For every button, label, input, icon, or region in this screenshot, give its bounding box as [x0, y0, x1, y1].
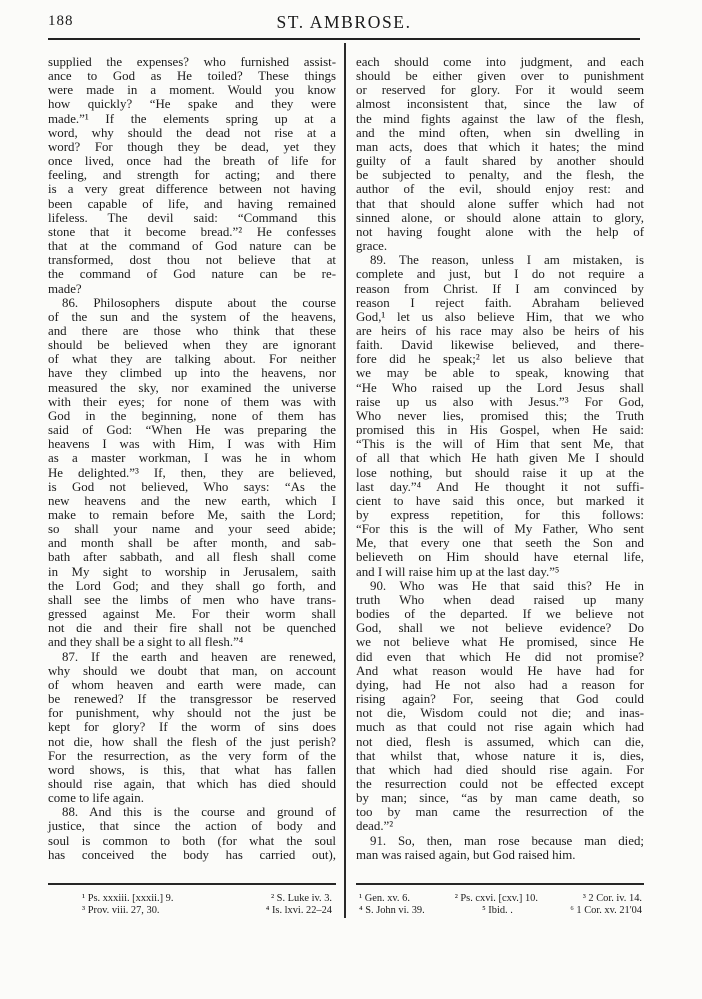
- text-line: much as that could not rise again which …: [356, 720, 644, 734]
- text-line: did even that which He did not promise?: [356, 650, 644, 664]
- text-line: And what reason would He have had for: [356, 664, 644, 678]
- text-line: Who never lies, promised this; the Truth: [356, 409, 644, 423]
- text-line: believeth on Him should have eternal lif…: [356, 550, 644, 564]
- text-line: 90. Who was He that said this? He in: [356, 579, 644, 593]
- text-line: ance to God as He toiled? These things: [48, 69, 336, 83]
- text-line: the command of God nature can be re-: [48, 267, 336, 281]
- text-line: rising again? For, seeing that God could: [356, 692, 644, 706]
- text-line: how quickly? “He spake and they were: [48, 97, 336, 111]
- text-line: be subjected to penalty, and the flesh, …: [356, 168, 644, 182]
- text-line: for punishment, why should not the just …: [48, 706, 336, 720]
- page-header: 188 ST. AMBROSE.: [48, 8, 640, 34]
- right-column-body: each should come into judgment, and each…: [356, 55, 644, 862]
- text-line: make to remain before Me, saith the Lord…: [48, 508, 336, 522]
- text-line: that that should alone suffer which had …: [356, 197, 644, 211]
- text-line: the Lord God; and they shall go forth, a…: [48, 579, 336, 593]
- text-line: He delighted.”³ If, then, they are belie…: [48, 466, 336, 480]
- text-line: dying, had He not also had a reason for: [356, 678, 644, 692]
- text-line: have they climbed up into the heavens, n…: [48, 366, 336, 380]
- text-line: word? For though they be dead, yet they: [48, 140, 336, 154]
- text-line: not die and their fire shall not be quen…: [48, 621, 336, 635]
- text-line: we may be able to speak, knowing that: [356, 366, 644, 380]
- text-line: new heavens and the new earth, which I: [48, 494, 336, 508]
- text-line: For the resurrection, as the very form o…: [48, 749, 336, 763]
- text-line: measured the sky, nor examined the unive…: [48, 381, 336, 395]
- left-column-body: supplied the expenses? who furnished ass…: [48, 55, 336, 862]
- footnote-row: ¹ Gen. xv. 6.² Ps. cxvi. [cxv.] 10.³ 2 C…: [356, 893, 644, 905]
- text-line: almost inconsistent that, since the law …: [356, 97, 644, 111]
- footnote: ⁵ Ibid. .: [482, 905, 513, 917]
- text-line: 91. So, then, man rose because man died;: [356, 834, 644, 848]
- text-line: that which had died should rise again. F…: [356, 763, 644, 777]
- text-line: gressed against Me. For their worm shall: [48, 607, 336, 621]
- text-line: bath after sabbath, and all flesh shall …: [48, 550, 336, 564]
- text-line: “This is the will of Him that sent Me, t…: [356, 437, 644, 451]
- text-line: dead.”²: [356, 819, 644, 833]
- text-line: heavens I was with Him, I was with Him: [48, 437, 336, 451]
- text-line: is God not believed, Who says: “As the: [48, 480, 336, 494]
- footnote: ¹ Ps. xxxiii. [xxxii.] 9.: [82, 893, 173, 905]
- text-line: stone that it become bread.”² He confess…: [48, 225, 336, 239]
- right-footnote-block: ¹ Gen. xv. 6.² Ps. cxvi. [cxv.] 10.³ 2 C…: [356, 883, 644, 918]
- text-line: that at the command of God nature can be: [48, 239, 336, 253]
- text-line: be renewed? If the transgressor be reser…: [48, 692, 336, 706]
- right-column: each should come into judgment, and each…: [356, 55, 644, 862]
- text-line: by man; since, “as by man came death, so: [356, 791, 644, 805]
- text-line: 87. If the earth and heaven are renewed,: [48, 650, 336, 664]
- text-line: grace.: [356, 239, 644, 253]
- text-line: 88. And this is the course and ground of: [48, 805, 336, 819]
- text-line: or reserved for glory. For it would seem: [356, 83, 644, 97]
- footnote: ² S. Luke iv. 3.: [271, 893, 332, 905]
- text-line: of the sun and the system of the heavens…: [48, 310, 336, 324]
- text-line: sinned alone, or should alone attain to …: [356, 211, 644, 225]
- text-line: the resurrection could not be effected e…: [356, 777, 644, 791]
- text-line: once lived, once had the breath of life …: [48, 154, 336, 168]
- text-line: cient to have said this once, but marked…: [356, 494, 644, 508]
- text-line: bodies of the departed. If we believe no…: [356, 607, 644, 621]
- text-line: and month shall be after month, and sab-: [48, 536, 336, 550]
- text-line: come to life again.: [48, 791, 336, 805]
- text-line: author of the evil, should enjoy rest: a…: [356, 182, 644, 196]
- text-line: are heirs of his race may also be heirs …: [356, 324, 644, 338]
- text-line: should be believed when they are ignoran…: [48, 338, 336, 352]
- text-line: justice, that since the action of body a…: [48, 819, 336, 833]
- text-line: so shall your name and your seed abide;: [48, 522, 336, 536]
- left-column-footnotes: ¹ Ps. xxxiii. [xxxii.] 9.² S. Luke iv. 3…: [48, 893, 336, 918]
- text-line: and there are those who think that these: [48, 324, 336, 338]
- text-line: transformed, dost thou not believe that …: [48, 253, 336, 267]
- left-footnote-block: ¹ Ps. xxxiii. [xxxii.] 9.² S. Luke iv. 3…: [48, 883, 336, 918]
- text-line: God in the beginning, none of them has: [48, 409, 336, 423]
- column-divider-rule: [344, 43, 346, 918]
- text-line: God,¹ let us also believe Him, that we w…: [356, 310, 644, 324]
- header-rule: [48, 38, 640, 40]
- text-line: “He Who raised up the Lord Jesus shall: [356, 381, 644, 395]
- text-line: by express repetition, for this follows:: [356, 508, 644, 522]
- text-line: of whom heaven and earth were made, can: [48, 678, 336, 692]
- text-line: said of God: “When He was preparing the: [48, 423, 336, 437]
- text-line: in My sight to worship in Jerusalem, sai…: [48, 565, 336, 579]
- text-line: “For this is the will of My Father, Who …: [356, 522, 644, 536]
- text-line: lifeless. The devil said: “Command this: [48, 211, 336, 225]
- text-line: promised this in His Gospel, when He sai…: [356, 423, 644, 437]
- text-line: shall see the limbs of men who have tran…: [48, 593, 336, 607]
- footnote: ¹ Gen. xv. 6.: [359, 893, 410, 905]
- footnote: ⁶ 1 Cor. xv. 21'04: [570, 905, 642, 917]
- footnote: ³ 2 Cor. iv. 14.: [583, 893, 642, 905]
- text-line: last day.”⁴ And He thought it not suffi-: [356, 480, 644, 494]
- text-line: man was raised again, but God raised him…: [356, 848, 644, 862]
- footnote-row: ¹ Ps. xxxiii. [xxxii.] 9.² S. Luke iv. 3…: [48, 893, 336, 905]
- footnote-row: ³ Prov. viii. 27, 30.⁴ Is. lxvi. 22–24: [48, 905, 336, 917]
- text-line: raise up us also with Jesus.”³ For God,: [356, 395, 644, 409]
- left-column: supplied the expenses? who furnished ass…: [48, 55, 336, 862]
- text-line: word, why should the dead not rise at a: [48, 126, 336, 140]
- text-line: feeling, and strength for acting; and th…: [48, 168, 336, 182]
- text-line: should rise again, that which has died s…: [48, 777, 336, 791]
- text-line: we not believe what He promised, since H…: [356, 635, 644, 649]
- text-line: been capable of life, and having remaine…: [48, 197, 336, 211]
- text-line: man acts, does that which it hates; the …: [356, 140, 644, 154]
- footnote: ⁴ Is. lxvi. 22–24: [266, 905, 332, 917]
- text-line: made?: [48, 282, 336, 296]
- text-line: not die, how shall the flesh of the just…: [48, 735, 336, 749]
- text-line: each should come into judgment, and each: [356, 55, 644, 69]
- text-line: and the mind often, when sin dwelling in: [356, 126, 644, 140]
- text-line: is a very great difference between not h…: [48, 182, 336, 196]
- text-line: has conceived the body has carried out),: [48, 848, 336, 862]
- text-line: faith. David likewise believed, and ther…: [356, 338, 644, 352]
- text-line: were made in a moment. Would you know: [48, 83, 336, 97]
- text-line: of what they are talking about. For neit…: [48, 352, 336, 366]
- page-number: 188: [48, 13, 74, 30]
- footnote: ³ Prov. viii. 27, 30.: [82, 905, 160, 917]
- text-line: that whilst that, whose nature it is, di…: [356, 749, 644, 763]
- footnote-row: ⁴ S. John vi. 39.⁵ Ibid. .⁶ 1 Cor. xv. 2…: [356, 905, 644, 917]
- text-line: not having fought alone with the help of: [356, 225, 644, 239]
- text-line: the mind fights against the law of the f…: [356, 112, 644, 126]
- text-line: with their eyes; for none of them was wi…: [48, 395, 336, 409]
- text-line: guilty of a fault shared by another shou…: [356, 154, 644, 168]
- text-line: reason from Christ. If I am convinced by: [356, 282, 644, 296]
- text-line: reason I reject faith. Abraham believed: [356, 296, 644, 310]
- text-line: complete and just, but I do not require …: [356, 267, 644, 281]
- text-line: why should we doubt that man, on account: [48, 664, 336, 678]
- text-line: not died, flesh is assumed, which can di…: [356, 735, 644, 749]
- running-title: ST. AMBROSE.: [48, 8, 640, 33]
- text-line: too by man came the resurrection of the: [356, 805, 644, 819]
- right-column-footnotes: ¹ Gen. xv. 6.² Ps. cxvi. [cxv.] 10.³ 2 C…: [356, 893, 644, 918]
- text-line: truth Who when dead raised up many: [356, 593, 644, 607]
- text-line: supplied the expenses? who furnished ass…: [48, 55, 336, 69]
- text-line: soul is common to both (for what the sou…: [48, 834, 336, 848]
- footnote: ² Ps. cxvi. [cxv.] 10.: [455, 893, 538, 905]
- text-line: fore did he speak;² let us also believe …: [356, 352, 644, 366]
- text-line: word shows, is this, that what has falle…: [48, 763, 336, 777]
- text-line: and I will raise him up at the last day.…: [356, 565, 644, 579]
- text-line: as a master workman, I was he in whom: [48, 451, 336, 465]
- book-page: 188 ST. AMBROSE. supplied the expenses? …: [0, 0, 702, 999]
- text-line: 86. Philosophers dispute about the cours…: [48, 296, 336, 310]
- text-line: made.”¹ If the elements spring up at a: [48, 112, 336, 126]
- text-line: kept for glory? If the worm of sins does: [48, 720, 336, 734]
- text-line: God, shall we not believe evidence? Do: [356, 621, 644, 635]
- text-line: and they shall be a sight to all flesh.”…: [48, 635, 336, 649]
- text-line: of all that which He hath given Me I sho…: [356, 451, 644, 465]
- footnote: ⁴ S. John vi. 39.: [359, 905, 425, 917]
- text-line: lose nothing, but should raise it up at …: [356, 466, 644, 480]
- text-line: Me, that every one that seeth the Son an…: [356, 536, 644, 550]
- text-line: 89. The reason, unless I am mistaken, is: [356, 253, 644, 267]
- text-line: should be either given over to punishmen…: [356, 69, 644, 83]
- text-line: not die, Wisdom could not die; and inas-: [356, 706, 644, 720]
